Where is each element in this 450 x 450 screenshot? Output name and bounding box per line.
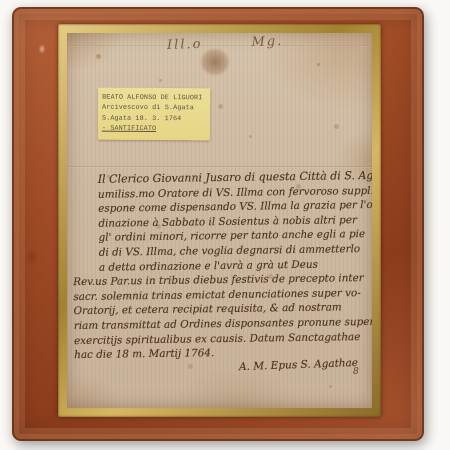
label-line: - SANTIFICATO [102, 124, 206, 135]
picture-frame: Ill.o Mg. BEATO ALFONSO DE LIGUORI Arciv… [12, 7, 424, 441]
manuscript-text: Il Clerico Giovanni Jusaro di questa Cit… [72, 169, 372, 363]
manuscript-paper: Ill.o Mg. BEATO ALFONSO DE LIGUORI Arciv… [67, 33, 372, 408]
label-line: BEATO ALFONSO DE LIGUORI [102, 93, 206, 104]
foxing-spots [67, 33, 70, 36]
label-line: S.Agata 18. 3. 1764 [102, 113, 206, 124]
page-mark: 8 [353, 367, 359, 377]
manuscript-heading: Ill.o Mg. [167, 34, 284, 53]
gold-trim: Ill.o Mg. BEATO ALFONSO DE LIGUORI Arciv… [58, 24, 381, 417]
label-line: Arcivescovo di S.Agata [102, 103, 206, 114]
photo-background: Ill.o Mg. BEATO ALFONSO DE LIGUORI Arciv… [0, 0, 450, 450]
paper-crease [67, 166, 372, 168]
catalog-label: BEATO ALFONSO DE LIGUORI Arcivescovo di … [98, 88, 210, 140]
